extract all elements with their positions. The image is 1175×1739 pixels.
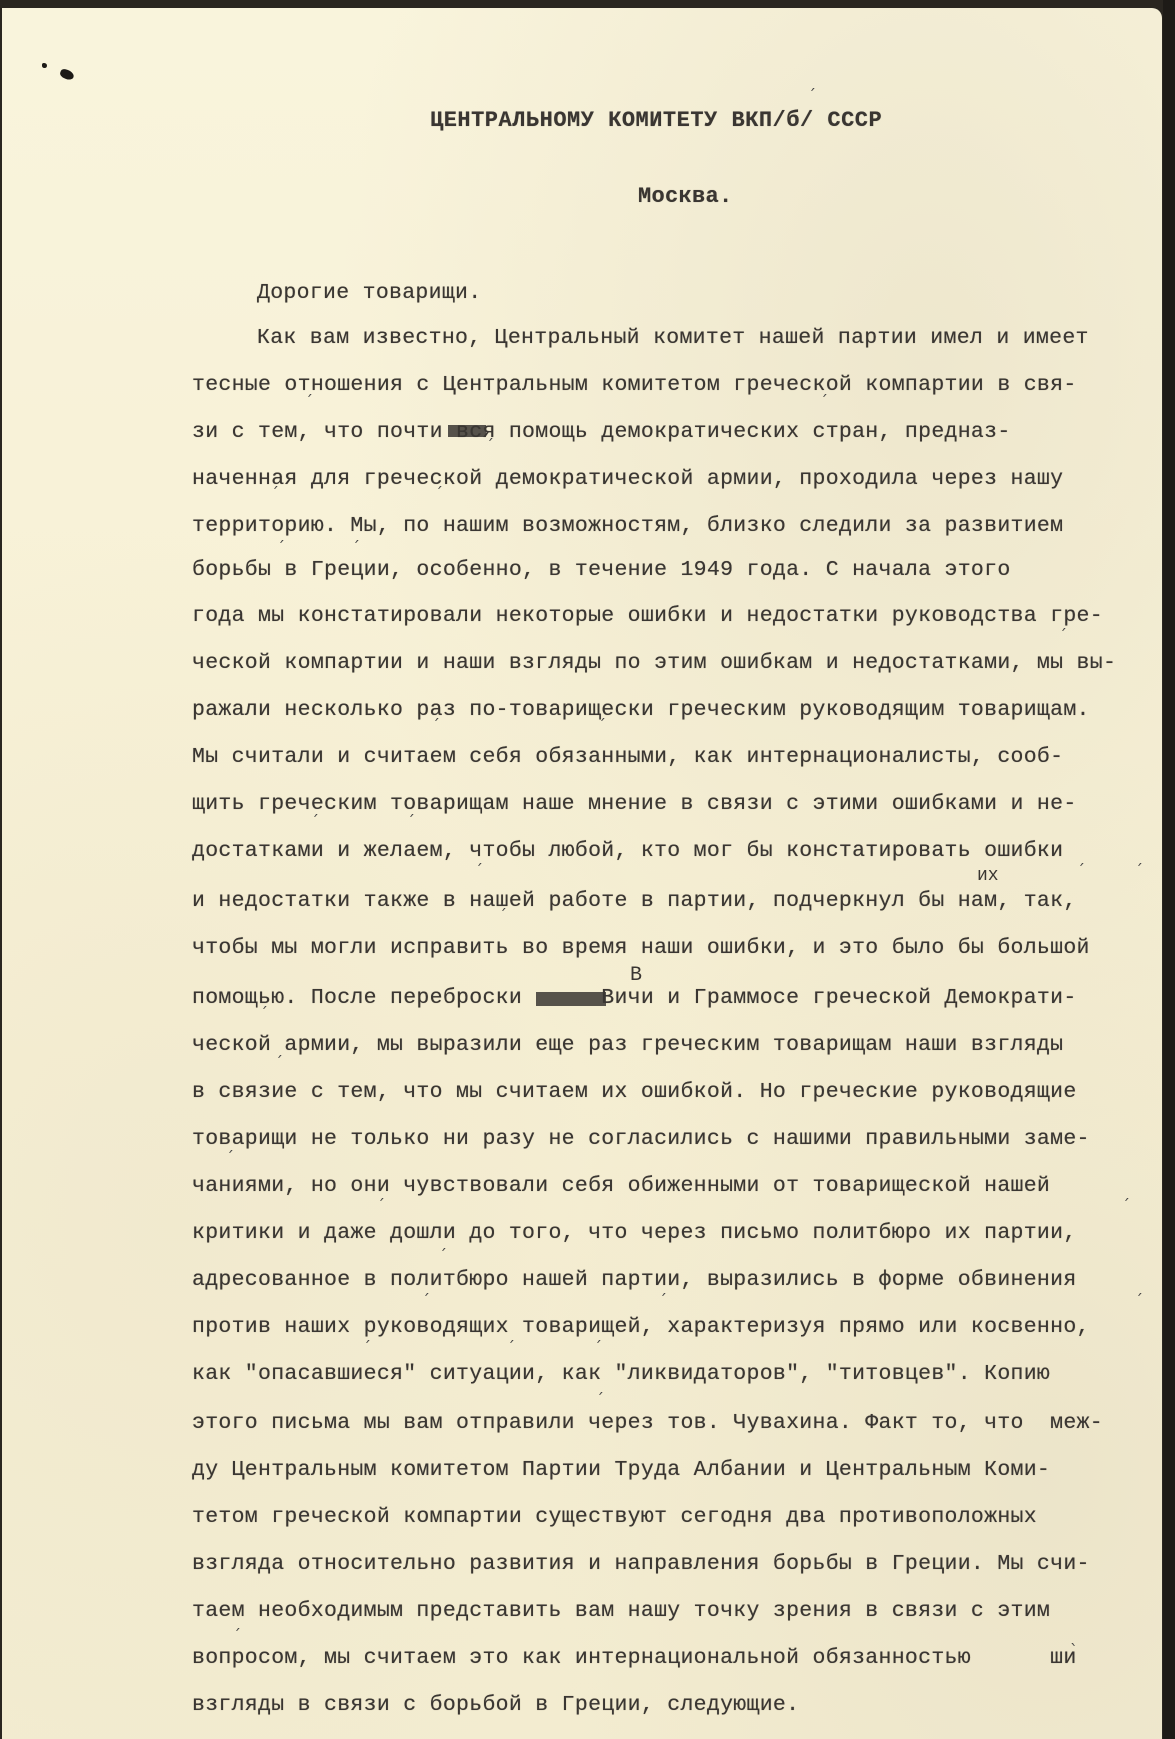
- ink-dot: [42, 63, 47, 68]
- accent-mark: ˊ: [352, 538, 360, 557]
- interlinear-insertion: их: [977, 866, 999, 886]
- accent-mark: ˊ: [422, 1291, 430, 1310]
- accent-mark: ˊ: [1122, 1196, 1130, 1215]
- scan-border: [1163, 0, 1175, 1739]
- body-line: в связие с тем, что мы считаем их ошибко…: [192, 1082, 1077, 1104]
- body-line: наченная для греческой демократической а…: [192, 469, 1063, 491]
- struck-out-word: [536, 992, 606, 1006]
- accent-mark: ˊ: [1059, 626, 1067, 645]
- accent-mark: ˊ: [407, 812, 415, 831]
- body-line: товарищи не только ни разу не согласилис…: [192, 1129, 1090, 1151]
- body-line: тесные отношения с Центральным комитетом…: [192, 375, 1077, 397]
- body-line: против наших руководящих товарищей, хара…: [192, 1317, 1090, 1339]
- struck-out-word: [448, 425, 486, 437]
- accent-mark: ˊ: [233, 1626, 241, 1645]
- body-line: и недостатки также в нашей работе в парт…: [192, 891, 1077, 913]
- letter-greeting: Дорогие товарищи.: [257, 281, 481, 305]
- accent-mark: ˊ: [598, 716, 606, 735]
- body-line: Как вам известно, Центральный комитет на…: [257, 328, 1089, 350]
- body-line: этого письма мы вам отправили через тов.…: [192, 1413, 1103, 1435]
- body-line: взгляда относительно развития и направле…: [192, 1554, 1090, 1576]
- accent-mark: ˊ: [499, 906, 507, 925]
- letter-heading: ЦЕНТРАЛЬНОМУ КОМИТЕТУ ВКП/б/ СССР: [430, 108, 882, 133]
- body-line: борьбы в Греции, особенно, в течение 194…: [192, 560, 1011, 582]
- accent-mark: ˊ: [277, 538, 285, 557]
- body-line: критики и даже дошли до того, что через …: [192, 1223, 1077, 1245]
- body-line: таем необходимым представить вам нашу то…: [192, 1601, 1050, 1623]
- letter-city: Москва.: [638, 184, 733, 209]
- body-line: вопросом, мы считаем это как интернацион…: [192, 1648, 1077, 1670]
- body-line: щить греческим товарищам наше мнение в с…: [192, 794, 1077, 816]
- body-line: помощью. После переброски Вичи и Граммос…: [192, 988, 1077, 1010]
- accent-mark: ˊ: [820, 392, 828, 411]
- body-line: адресованное в политбюро нашей партии, в…: [192, 1270, 1077, 1292]
- body-line: ческой армии, мы выразили еще раз гречес…: [192, 1035, 1063, 1057]
- accent-mark: ˊ: [363, 1338, 371, 1357]
- accent-mark: ˊ: [486, 436, 494, 455]
- accent-mark: ˊ: [271, 484, 279, 503]
- body-line: достатками и желаем, чтобы любой, кто мо…: [192, 841, 1063, 863]
- accent-mark: ˊ: [594, 1338, 602, 1357]
- body-line: территорию. Мы, по нашим возможностям, б…: [192, 516, 1063, 538]
- body-line: ду Центральным комитетом Партии Труда Ал…: [192, 1460, 1050, 1482]
- accent-mark: ˊ: [432, 716, 440, 735]
- accent-mark: ˊ: [659, 1291, 667, 1310]
- accent-mark: ˊ: [1135, 1291, 1143, 1310]
- body-line: тетом греческой компартии существуют сег…: [192, 1507, 1037, 1529]
- accent-mark: ˊ: [275, 1053, 283, 1072]
- accent-mark: ˊ: [1135, 861, 1143, 880]
- accent-mark: ˊ: [305, 392, 313, 411]
- body-line: ческой компартии и наши взгляды по этим …: [192, 653, 1116, 675]
- ink-blot: [59, 68, 75, 81]
- body-line: ражали несколько раз по-товарищески греч…: [192, 700, 1090, 722]
- interlinear-insertion: В: [630, 964, 642, 987]
- accent-mark: ˊ: [596, 1390, 604, 1409]
- accent-mark: ˊ: [439, 1246, 447, 1265]
- body-line: взгляды в связи с борьбой в Греции, след…: [192, 1695, 799, 1717]
- body-line: чаниями, но они чувствовали себя обиженн…: [192, 1176, 1050, 1198]
- accent-mark: ˊ: [1077, 861, 1085, 880]
- body-line: как "опасавшиеся" ситуации, как "ликвида…: [192, 1364, 1050, 1386]
- accent-mark: ˊ: [435, 484, 443, 503]
- body-line: чтобы мы могли исправить во время наши о…: [192, 938, 1090, 960]
- accent-mark: ˊ: [808, 86, 816, 105]
- body-line: года мы констатировали некоторые ошибки …: [192, 606, 1103, 628]
- document-page: ЦЕНТРАЛЬНОМУ КОМИТЕТУ ВКП/б/ СССР Москва…: [2, 8, 1162, 1739]
- accent-mark: ˊ: [475, 861, 483, 880]
- accent-mark: ˊ: [507, 1338, 515, 1357]
- accent-mark: ˊ: [377, 1196, 385, 1215]
- accent-mark: ˊ: [311, 812, 319, 831]
- accent-mark: ˊ: [226, 1148, 234, 1167]
- body-line: зи с тем, что почти вся помощь демократи…: [192, 422, 1011, 444]
- accent-mark: ˋ: [1070, 1641, 1078, 1660]
- accent-mark: ˊ: [260, 1004, 268, 1023]
- body-line: Мы считали и считаем себя обязанными, ка…: [192, 747, 1063, 769]
